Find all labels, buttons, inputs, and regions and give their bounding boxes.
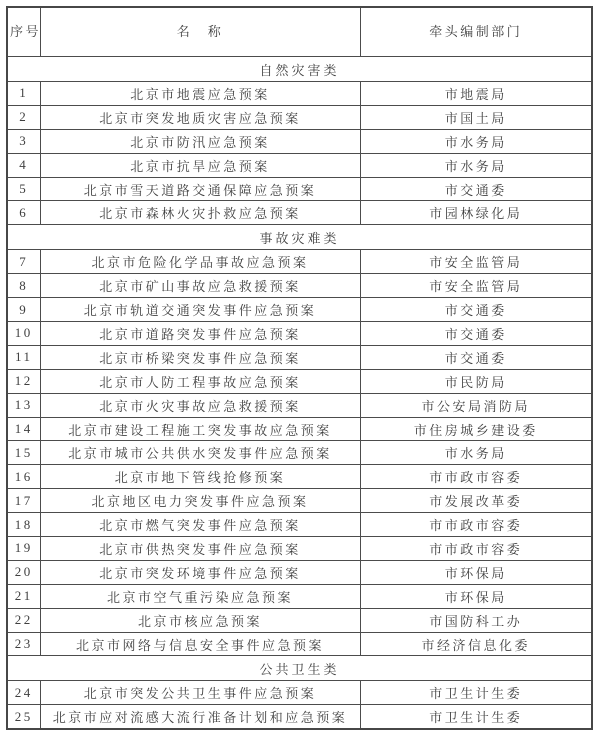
- row-number-cell: 21: [7, 584, 40, 608]
- department-cell: 市住房城乡建设委: [360, 417, 592, 441]
- document-page: 序号 名 称 牵头编制部门 自然灾害类1北京市地震应急预案市地震局2北京市突发地…: [0, 0, 599, 730]
- section-row: 事故灾难类: [7, 225, 592, 250]
- table-row: 25北京市应对流感大流行准备计划和应急预案市卫生计生委: [7, 705, 592, 729]
- row-number-cell: 13: [7, 393, 40, 417]
- plan-name-cell: 北京市突发公共卫生事件应急预案: [40, 681, 360, 705]
- table-row: 16北京市地下管线抢修预案市市政市容委: [7, 465, 592, 489]
- department-cell: 市市政市容委: [360, 537, 592, 561]
- row-number-cell: 7: [7, 250, 40, 274]
- department-cell: 市交通委: [360, 322, 592, 346]
- row-number-cell: 4: [7, 153, 40, 177]
- table-row: 20北京市突发环境事件应急预案市环保局: [7, 560, 592, 584]
- emergency-plans-table: 序号 名 称 牵头编制部门 自然灾害类1北京市地震应急预案市地震局2北京市突发地…: [6, 6, 593, 730]
- table-row: 7北京市危险化学品事故应急预案市安全监管局: [7, 250, 592, 274]
- plan-name-cell: 北京市空气重污染应急预案: [40, 584, 360, 608]
- department-cell: 市园林绿化局: [360, 201, 592, 225]
- plan-name-cell: 北京市危险化学品事故应急预案: [40, 250, 360, 274]
- department-cell: 市水务局: [360, 129, 592, 153]
- plan-name-cell: 北京市核应急预案: [40, 608, 360, 632]
- department-cell: 市环保局: [360, 560, 592, 584]
- department-cell: 市交通委: [360, 298, 592, 322]
- row-number-cell: 20: [7, 560, 40, 584]
- table-row: 19北京市供热突发事件应急预案市市政市容委: [7, 537, 592, 561]
- row-number-cell: 17: [7, 489, 40, 513]
- column-header-number: 序号: [7, 7, 40, 57]
- row-number-cell: 24: [7, 681, 40, 705]
- table-row: 4北京市抗旱应急预案市水务局: [7, 153, 592, 177]
- table-header-row: 序号 名 称 牵头编制部门: [7, 7, 592, 57]
- row-number-cell: 22: [7, 608, 40, 632]
- table-row: 17北京地区电力突发事件应急预案市发展改革委: [7, 489, 592, 513]
- plan-name-cell: 北京市雪天道路交通保障应急预案: [40, 177, 360, 201]
- table-row: 18北京市燃气突发事件应急预案市市政市容委: [7, 513, 592, 537]
- department-cell: 市安全监管局: [360, 250, 592, 274]
- row-number-cell: 15: [7, 441, 40, 465]
- department-cell: 市公安局消防局: [360, 393, 592, 417]
- row-number-cell: 11: [7, 345, 40, 369]
- table-row: 13北京市火灾事故应急救援预案市公安局消防局: [7, 393, 592, 417]
- plan-name-cell: 北京市城市公共供水突发事件应急预案: [40, 441, 360, 465]
- plan-name-cell: 北京市突发环境事件应急预案: [40, 560, 360, 584]
- table-row: 8北京市矿山事故应急救援预案市安全监管局: [7, 274, 592, 298]
- plan-name-cell: 北京市矿山事故应急救援预案: [40, 274, 360, 298]
- row-number-cell: 6: [7, 201, 40, 225]
- department-cell: 市交通委: [360, 345, 592, 369]
- department-cell: 市水务局: [360, 441, 592, 465]
- plan-name-cell: 北京市火灾事故应急救援预案: [40, 393, 360, 417]
- plan-name-cell: 北京市人防工程事故应急预案: [40, 369, 360, 393]
- row-number-cell: 16: [7, 465, 40, 489]
- row-number-cell: 8: [7, 274, 40, 298]
- plan-name-cell: 北京市森林火灾扑救应急预案: [40, 201, 360, 225]
- row-number-cell: 2: [7, 105, 40, 129]
- department-cell: 市国土局: [360, 105, 592, 129]
- column-header-department: 牵头编制部门: [360, 7, 592, 57]
- row-number-cell: 14: [7, 417, 40, 441]
- plan-name-cell: 北京市突发地质灾害应急预案: [40, 105, 360, 129]
- table-row: 9北京市轨道交通突发事件应急预案市交通委: [7, 298, 592, 322]
- department-cell: 市地震局: [360, 82, 592, 106]
- plan-name-cell: 北京市网络与信息安全事件应急预案: [40, 632, 360, 656]
- column-header-name: 名 称: [40, 7, 360, 57]
- plan-name-cell: 北京市燃气突发事件应急预案: [40, 513, 360, 537]
- department-cell: 市市政市容委: [360, 465, 592, 489]
- row-number-cell: 1: [7, 82, 40, 106]
- plan-name-cell: 北京市供热突发事件应急预案: [40, 537, 360, 561]
- table-row: 21北京市空气重污染应急预案市环保局: [7, 584, 592, 608]
- plan-name-cell: 北京市地下管线抢修预案: [40, 465, 360, 489]
- row-number-cell: 19: [7, 537, 40, 561]
- table-body: 自然灾害类1北京市地震应急预案市地震局2北京市突发地质灾害应急预案市国土局3北京…: [7, 57, 592, 730]
- row-number-cell: 5: [7, 177, 40, 201]
- table-row: 3北京市防汛应急预案市水务局: [7, 129, 592, 153]
- section-title: 事故灾难类: [7, 225, 592, 250]
- row-number-cell: 3: [7, 129, 40, 153]
- department-cell: 市卫生计生委: [360, 681, 592, 705]
- row-number-cell: 9: [7, 298, 40, 322]
- table-row: 22北京市核应急预案市国防科工办: [7, 608, 592, 632]
- section-title: 自然灾害类: [7, 57, 592, 82]
- department-cell: 市市政市容委: [360, 513, 592, 537]
- table-row: 24北京市突发公共卫生事件应急预案市卫生计生委: [7, 681, 592, 705]
- department-cell: 市民防局: [360, 369, 592, 393]
- plan-name-cell: 北京市道路突发事件应急预案: [40, 322, 360, 346]
- table-row: 2北京市突发地质灾害应急预案市国土局: [7, 105, 592, 129]
- row-number-cell: 12: [7, 369, 40, 393]
- table-row: 10北京市道路突发事件应急预案市交通委: [7, 322, 592, 346]
- table-row: 6北京市森林火灾扑救应急预案市园林绿化局: [7, 201, 592, 225]
- table-row: 1北京市地震应急预案市地震局: [7, 82, 592, 106]
- department-cell: 市环保局: [360, 584, 592, 608]
- row-number-cell: 23: [7, 632, 40, 656]
- row-number-cell: 25: [7, 705, 40, 729]
- department-cell: 市安全监管局: [360, 274, 592, 298]
- table-row: 11北京市桥梁突发事件应急预案市交通委: [7, 345, 592, 369]
- plan-name-cell: 北京市地震应急预案: [40, 82, 360, 106]
- table-row: 23北京市网络与信息安全事件应急预案市经济信息化委: [7, 632, 592, 656]
- table-row: 14北京市建设工程施工突发事故应急预案市住房城乡建设委: [7, 417, 592, 441]
- section-title: 公共卫生类: [7, 656, 592, 681]
- table-row: 12北京市人防工程事故应急预案市民防局: [7, 369, 592, 393]
- department-cell: 市卫生计生委: [360, 705, 592, 729]
- department-cell: 市交通委: [360, 177, 592, 201]
- department-cell: 市水务局: [360, 153, 592, 177]
- plan-name-cell: 北京市应对流感大流行准备计划和应急预案: [40, 705, 360, 729]
- row-number-cell: 10: [7, 322, 40, 346]
- plan-name-cell: 北京市建设工程施工突发事故应急预案: [40, 417, 360, 441]
- row-number-cell: 18: [7, 513, 40, 537]
- plan-name-cell: 北京市抗旱应急预案: [40, 153, 360, 177]
- department-cell: 市发展改革委: [360, 489, 592, 513]
- plan-name-cell: 北京市轨道交通突发事件应急预案: [40, 298, 360, 322]
- section-row: 自然灾害类: [7, 57, 592, 82]
- table-row: 5北京市雪天道路交通保障应急预案市交通委: [7, 177, 592, 201]
- department-cell: 市经济信息化委: [360, 632, 592, 656]
- plan-name-cell: 北京地区电力突发事件应急预案: [40, 489, 360, 513]
- table-row: 15北京市城市公共供水突发事件应急预案市水务局: [7, 441, 592, 465]
- department-cell: 市国防科工办: [360, 608, 592, 632]
- section-row: 公共卫生类: [7, 656, 592, 681]
- plan-name-cell: 北京市桥梁突发事件应急预案: [40, 345, 360, 369]
- plan-name-cell: 北京市防汛应急预案: [40, 129, 360, 153]
